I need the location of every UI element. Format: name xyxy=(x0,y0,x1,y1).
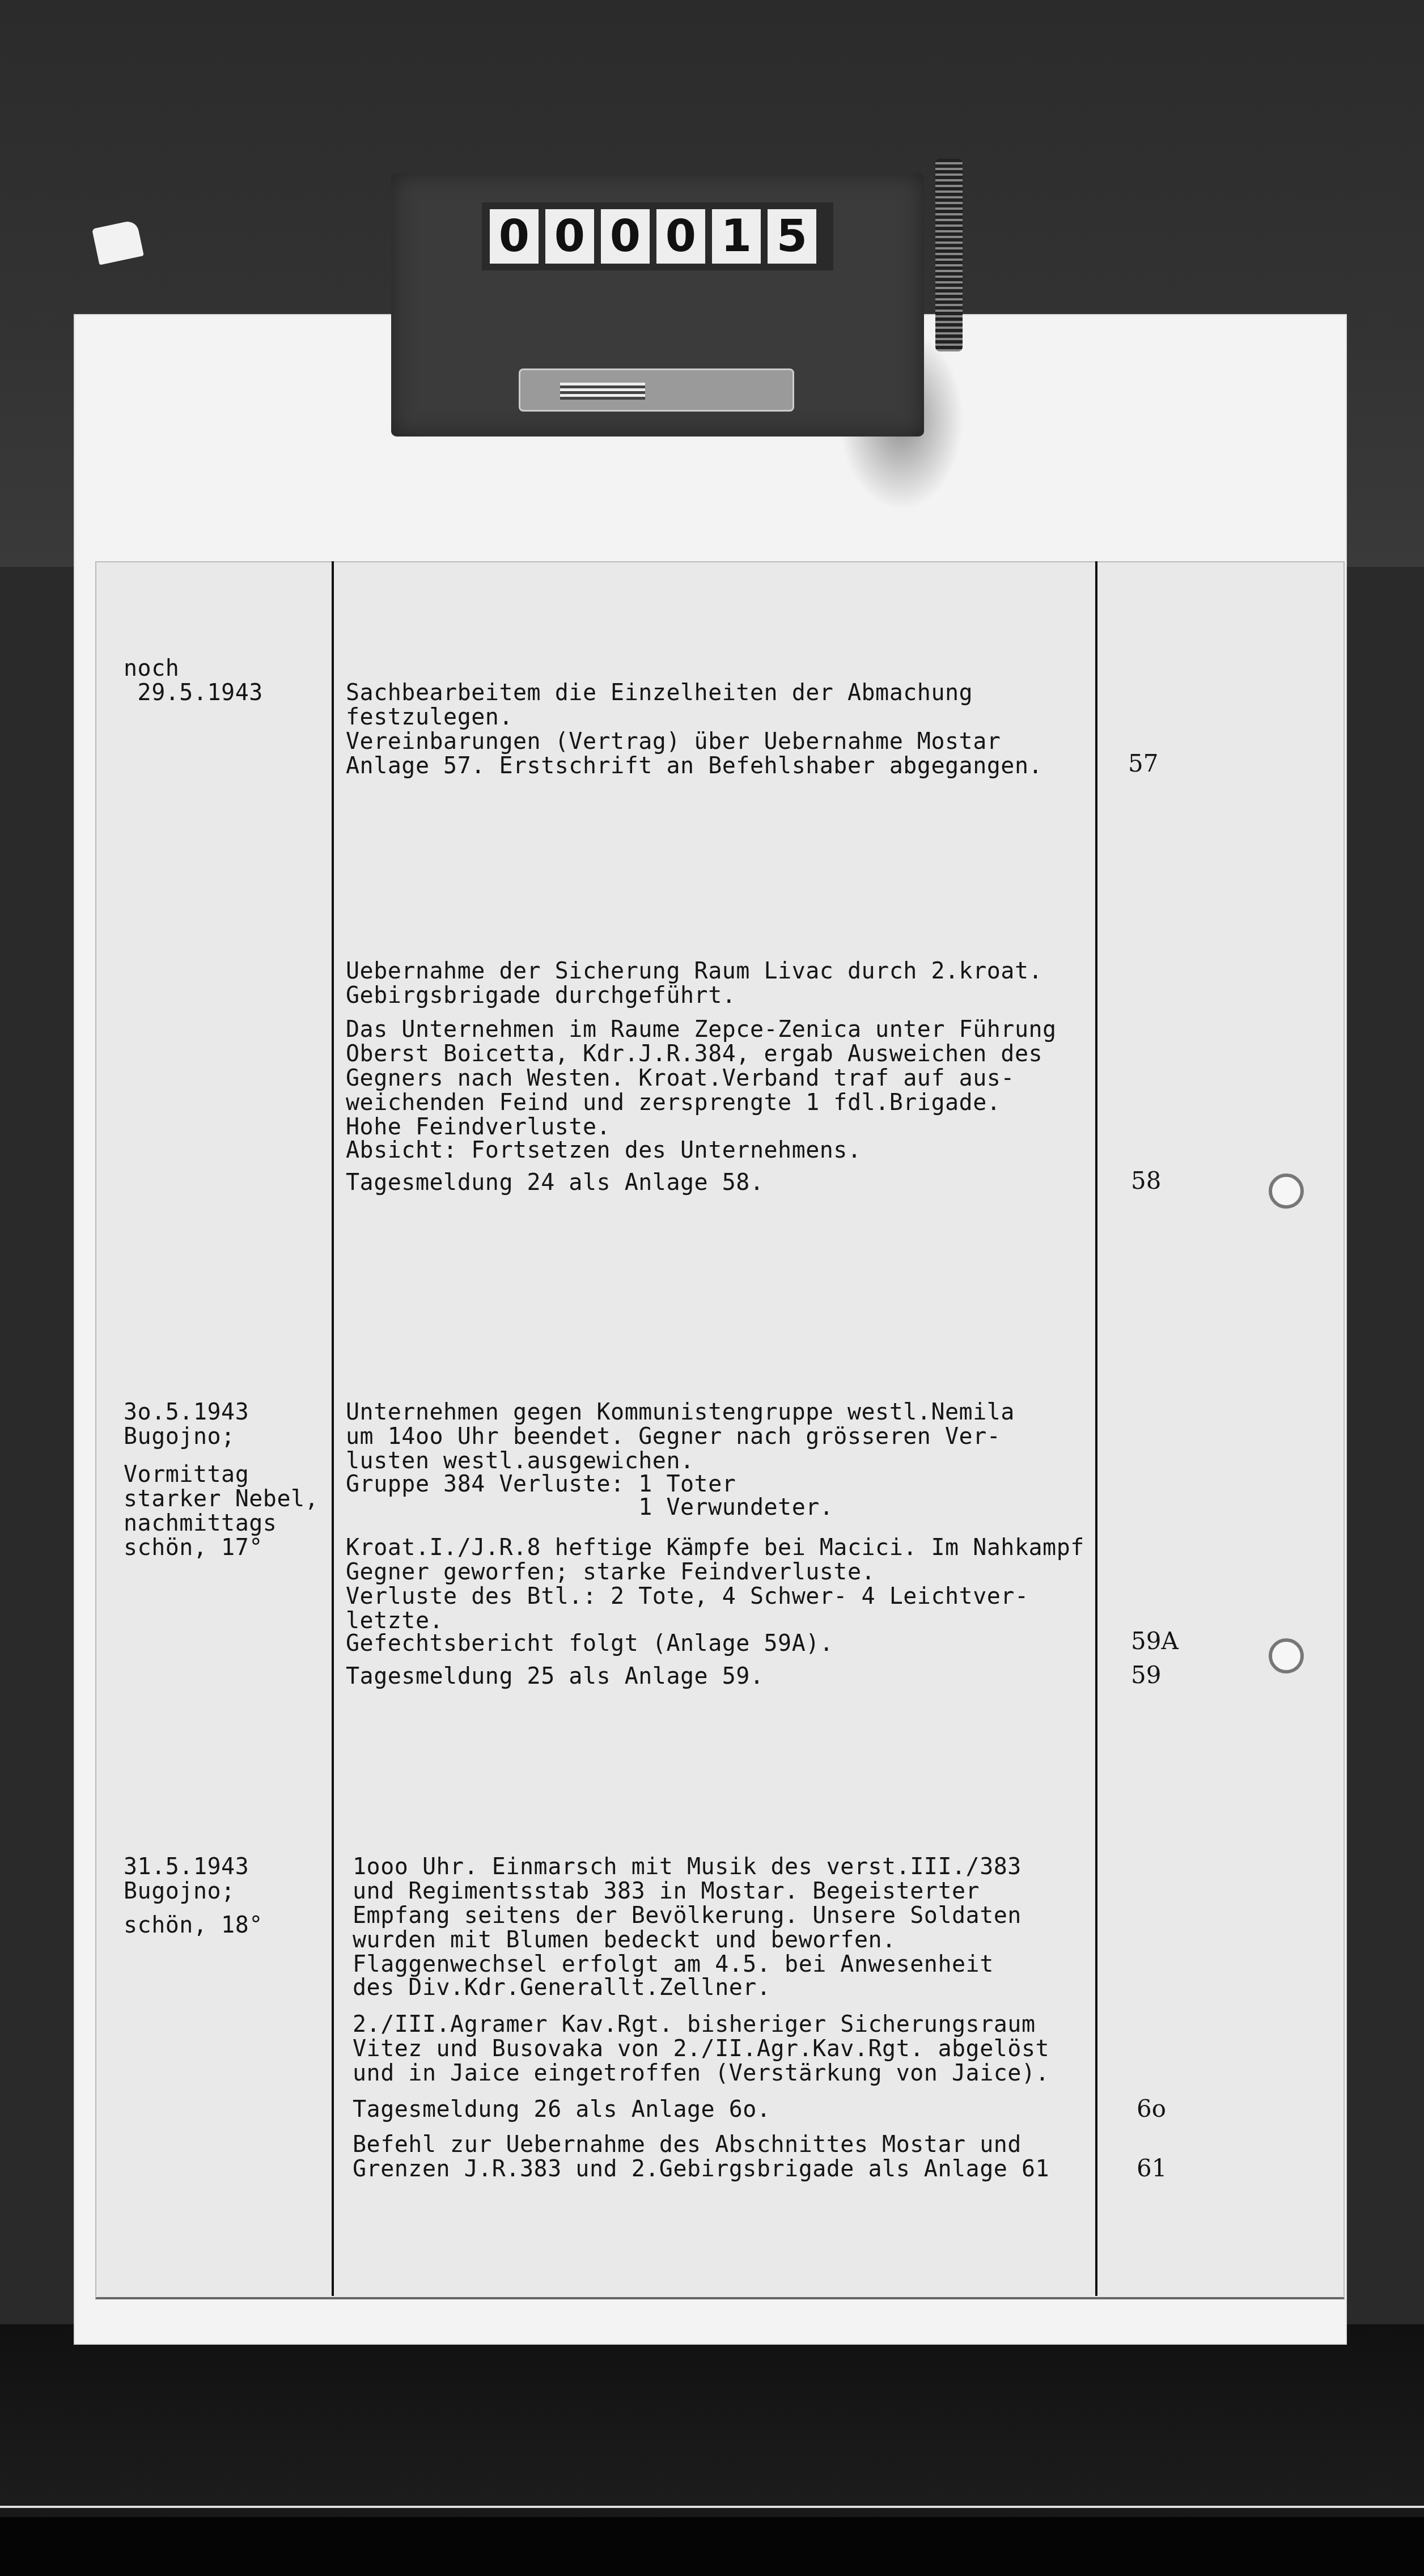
entry-date: 3o.5.1943 xyxy=(124,1400,249,1425)
annex-ref: 59 xyxy=(1131,1661,1161,1689)
entry-weather: nachmittags xyxy=(124,1511,277,1536)
annex-ref: 61 xyxy=(1137,2154,1167,2182)
entry-text-line: 1ooo Uhr. Einmarsch mit Musik des verst.… xyxy=(353,1855,1022,1879)
entry-text-line: Tagesmeldung 25 als Anlage 59. xyxy=(346,1664,764,1689)
counter-digit: 1 xyxy=(712,209,761,264)
entry-text-line: Absicht: Fortsetzen des Unternehmens. xyxy=(346,1138,862,1163)
entry-text-line: und Regimentsstab 383 in Mostar. Begeist… xyxy=(353,1879,980,1904)
entry-location: Bugojno; xyxy=(124,1425,235,1449)
counter-window: 0 0 0 0 1 5 xyxy=(482,202,833,270)
entry-date: noch xyxy=(124,656,179,681)
entry-weather: schön, 17° xyxy=(124,1536,263,1560)
counter-digit: 0 xyxy=(545,209,594,264)
entry-text-line: Tagesmeldung 26 als Anlage 6o. xyxy=(353,2098,770,2122)
binder-hole-icon xyxy=(1269,1638,1304,1673)
counter-digit: 5 xyxy=(768,209,816,264)
entry-text-line: Gruppe 384 Verluste: 1 Toter xyxy=(346,1472,736,1497)
annex-ref: 6o xyxy=(1137,2095,1166,2122)
entry-text-line: wurden mit Blumen bedeckt und beworfen. xyxy=(353,1928,896,1952)
entry-text-line: Gegner geworfen; starke Feindverluste. xyxy=(346,1560,875,1584)
entry-text-line: um 14oo Uhr beendet. Gegner nach grösser… xyxy=(346,1425,1001,1449)
film-edge xyxy=(0,2517,1424,2576)
entry-text-line: Unternehmen gegen Kommunistengruppe west… xyxy=(346,1400,1015,1425)
entry-text-line: Uebernahme der Sicherung Raum Livac durc… xyxy=(346,959,1042,984)
counter-digit: 0 xyxy=(656,209,705,264)
entry-text-line: lusten westl.ausgewichen. xyxy=(346,1449,694,1473)
entry-text-line: Vereinbarungen (Vertrag) über Uebernahme… xyxy=(346,730,1001,754)
entry-text-line: Tagesmeldung 24 als Anlage 58. xyxy=(346,1171,764,1195)
entry-text-line: Gebirgsbrigade durchgeführt. xyxy=(346,984,736,1008)
entry-text-line: Befehl zur Uebernahme des Abschnittes Mo… xyxy=(353,2133,1022,2157)
annex-ref: 58 xyxy=(1131,1167,1161,1194)
entry-weather: Vormittag xyxy=(124,1463,249,1487)
annex-ref: 59A xyxy=(1131,1627,1179,1655)
column-divider-ref xyxy=(1095,561,1097,2296)
entry-text-line: Das Unternehmen im Raume Zepce-Zenica un… xyxy=(346,1018,1057,1042)
entry-text-line: letzte. xyxy=(346,1609,443,1633)
entry-text-line: 1 Verwundeter. xyxy=(346,1495,833,1520)
entry-text-line: weichenden Feind und zersprengte 1 fdl.B… xyxy=(346,1091,1001,1115)
entry-text-line: Anlage 57. Erstschrift an Befehlshaber a… xyxy=(346,754,1042,778)
binder-hole-icon xyxy=(1269,1173,1304,1209)
entry-text-line: Hohe Feindverluste. xyxy=(346,1115,611,1139)
entry-text-line: 2./III.Agramer Kav.Rgt. bisheriger Siche… xyxy=(353,2012,1036,2037)
entry-text-line: Kroat.I./J.R.8 heftige Kämpfe bei Macici… xyxy=(346,1536,1084,1560)
entry-text-line: Gegners nach Westen. Kroat.Verband traf … xyxy=(346,1066,1015,1091)
entry-text-line: Vitez und Busovaka von 2./II.Agr.Kav.Rgt… xyxy=(353,2037,1049,2061)
counter-knob xyxy=(935,159,963,351)
flag-icon xyxy=(560,383,645,400)
entry-text-line: festzulegen. xyxy=(346,705,513,730)
entry-text-line: Gefechtsbericht folgt (Anlage 59A). xyxy=(346,1632,833,1656)
entry-text-line: Flaggenwechsel erfolgt am 4.5. bei Anwes… xyxy=(353,1952,994,1977)
entry-text-line: des Div.Kdr.Generallt.Zellner. xyxy=(353,1976,770,2000)
entry-text-line: Sachbearbeitem die Einzelheiten der Abma… xyxy=(346,681,973,705)
entry-text-line: Empfang seitens der Bevölkerung. Unsere … xyxy=(353,1904,1022,1928)
entry-text-line: Verluste des Btl.: 2 Tote, 4 Schwer- 4 L… xyxy=(346,1584,1029,1609)
film-edge-line xyxy=(0,2506,1424,2508)
entry-location: Bugojno; xyxy=(124,1879,235,1904)
entry-weather: starker Nebel, xyxy=(124,1487,319,1511)
column-divider-date xyxy=(332,561,334,2296)
entry-weather: schön, 18° xyxy=(124,1913,263,1938)
entry-text-line: und in Jaice eingetroffen (Verstärkung v… xyxy=(353,2061,1049,2086)
counter-digit: 0 xyxy=(490,209,539,264)
counter-digit: 0 xyxy=(601,209,650,264)
frame-counter: 0 0 0 0 1 5 xyxy=(391,173,924,437)
entry-date: 31.5.1943 xyxy=(124,1855,249,1879)
entry-date: 29.5.1943 xyxy=(124,681,263,705)
annex-ref: 57 xyxy=(1128,749,1158,777)
entry-text-line: Oberst Boicetta, Kdr.J.R.384, ergab Ausw… xyxy=(346,1042,1042,1066)
manufacturer-plate xyxy=(519,368,794,412)
entry-text-line: Grenzen J.R.383 und 2.Gebirgsbrigade als… xyxy=(353,2157,1049,2181)
